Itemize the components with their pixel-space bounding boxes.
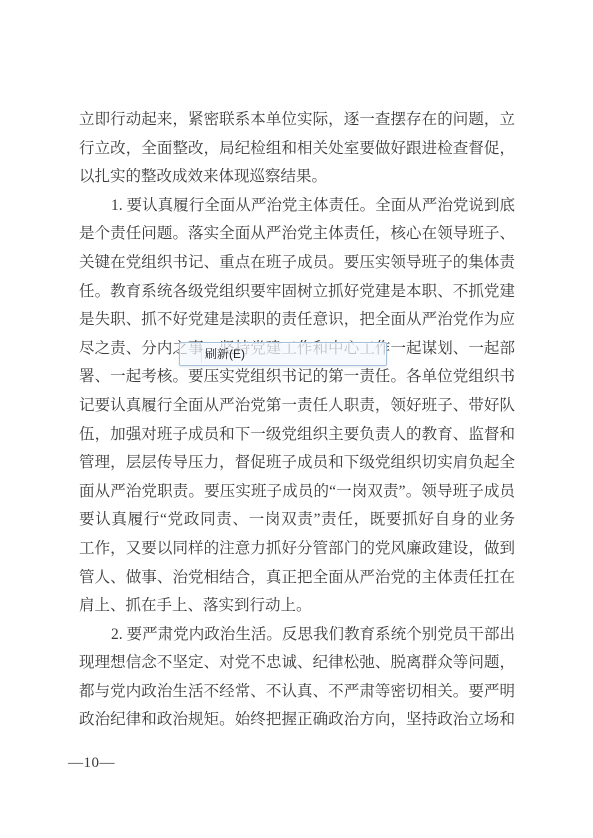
text-line: 政治纪律和政治规矩。始终把握正确政治方向，坚持政治立场和 — [79, 706, 515, 735]
text-line: 肩上、抓在手上、落实到行动上。 — [79, 592, 515, 621]
text-line: 任。教育系统各级党组织要牢固树立抓好党建是本职、不抓党建 — [79, 278, 515, 307]
text-line: 署、一起考核。要压实党组织书记的第一责任。各单位党组织书 — [79, 363, 515, 392]
text-line: 行立改，全面整改，局纪检组和相关处室要做好跟进检查督促， — [79, 135, 515, 164]
context-menu: 刷新(E) — [179, 342, 387, 366]
text-line: 管人、做事、治党相结合，真正把全面从严治党的主体责任扛在 — [79, 564, 515, 593]
text-line: 2. 要严肃党内政治生活。反思我们教育系统个别党员干部出 — [79, 621, 515, 650]
text-line: 是失职、抓不好党建是渎职的责任意识，把全面从严治党作为应 — [79, 306, 515, 335]
text-line: 面从严治党职责。要压实班子成员的“一岗双责”。领导班子成员 — [79, 478, 515, 507]
document-body: 立即行动起来，紧密联系本单位实际，逐一查摆存在的问题，立 行立改，全面整改，局纪… — [79, 106, 515, 735]
menu-icon-gutter — [201, 345, 202, 363]
text-line: 管理，层层传导压力，督促班子成员和下级党组织切实肩负起全 — [79, 449, 515, 478]
text-line: 以扎实的整改成效来体现巡察结果。 — [79, 163, 515, 192]
text-line: 是个责任问题。落实全面从严治党主体责任，核心在领导班子、 — [79, 220, 515, 249]
text-line: 要认真履行“党政同责、一岗双责”责任，既要抓好自身的业务 — [79, 506, 515, 535]
context-menu-item-refresh[interactable]: 刷新(E) — [180, 343, 386, 365]
text-line: 工作，又要以同样的注意力抓好分管部门的党风廉政建设，做到 — [79, 535, 515, 564]
page-number: —10— — [68, 755, 115, 772]
text-line: 现理想信念不坚定、对党不忠诚、纪律松弛、脱离群众等问题， — [79, 649, 515, 678]
text-line: 1. 要认真履行全面从严治党主体责任。全面从严治党说到底 — [79, 192, 515, 221]
document-page: 立即行动起来，紧密联系本单位实际，逐一查摆存在的问题，立 行立改，全面整改，局纪… — [0, 0, 593, 838]
text-line: 都与党内政治生活不经常、不认真、不严肃等密切相关。要严明 — [79, 678, 515, 707]
text-line: 关键在党组织书记、重点在班子成员。要压实领导班子的集体责 — [79, 249, 515, 278]
refresh-menu-item-label: 刷新(E) — [205, 343, 245, 365]
text-line: 记要认真履行全面从严治党第一责任人职责，领好班子、带好队 — [79, 392, 515, 421]
text-line: 立即行动起来，紧密联系本单位实际，逐一查摆存在的问题，立 — [79, 106, 515, 135]
text-line: 伍，加强对班子成员和下一级党组织主要负责人的教育、监督和 — [79, 421, 515, 450]
